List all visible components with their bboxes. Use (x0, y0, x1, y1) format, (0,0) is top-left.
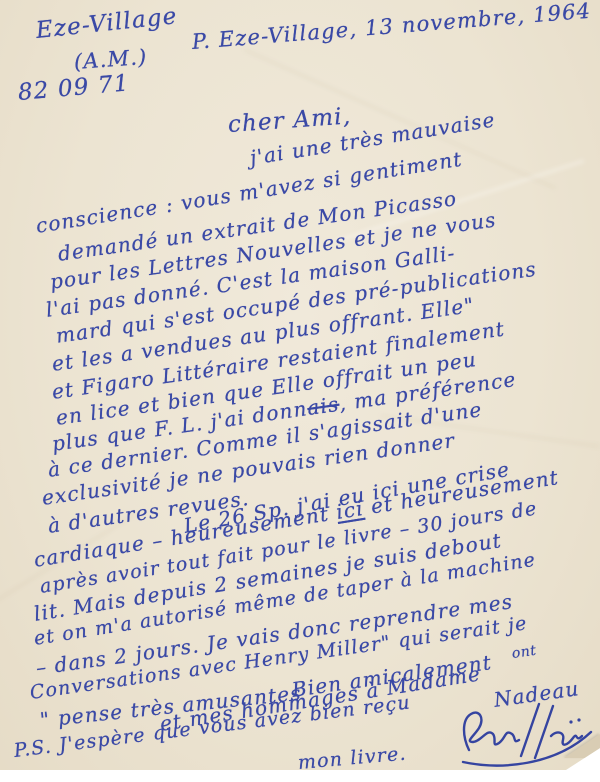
sender-phone: 82 09 71 (17, 70, 131, 106)
folded-corner (564, 734, 600, 758)
letter-page: Eze-Village (A.M.) 82 09 71 P. Eze-Villa… (0, 0, 600, 770)
underlined-word: ici (334, 496, 365, 524)
struck-word: ais (306, 392, 341, 420)
sender-address-line1: Eze-Village (35, 3, 179, 44)
sender-address-line2: (A.M.) (73, 45, 148, 74)
postscript-line: mon livre. (297, 743, 408, 774)
interlinear-correction: ont (511, 643, 538, 662)
scanned-letter: { "document": { "type": "handwritten let… (0, 0, 600, 782)
dateline: P. Eze-Village, 13 novembre, 1964 (191, 0, 592, 54)
